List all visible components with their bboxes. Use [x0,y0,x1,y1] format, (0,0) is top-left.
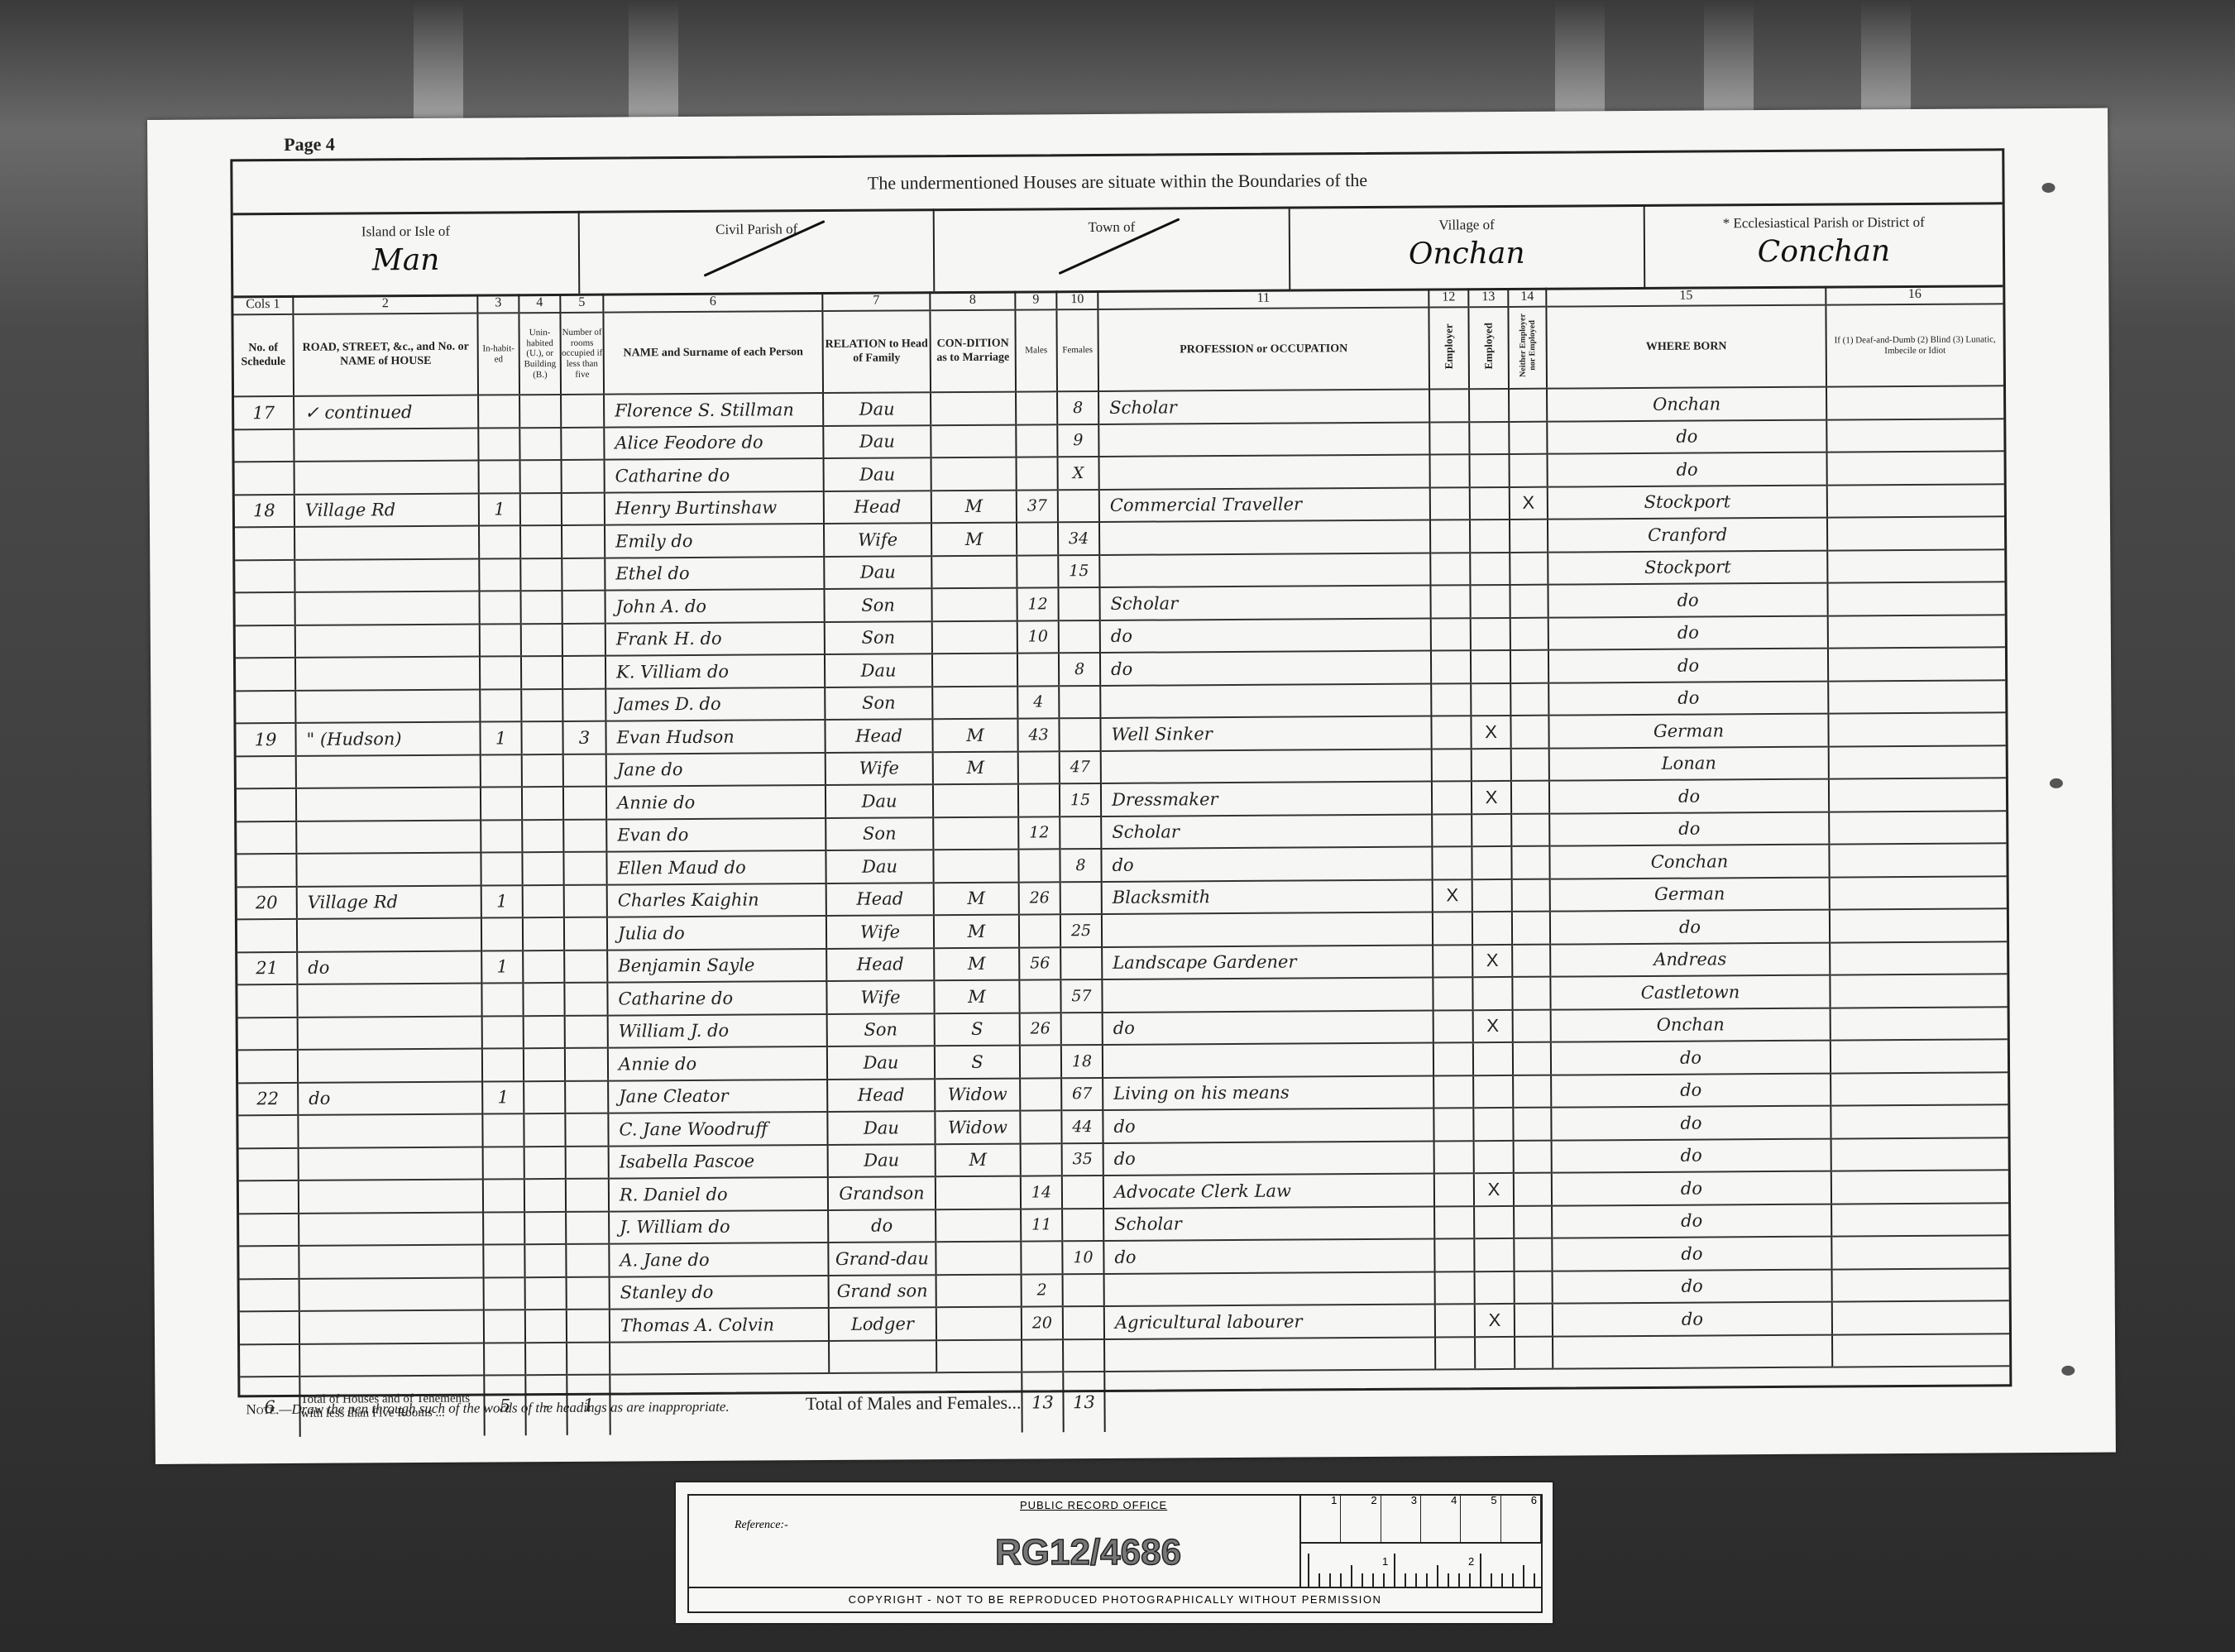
uninhabited-count [524,1244,566,1277]
schedule-number [240,1343,299,1377]
male-age: 43 [1017,718,1059,751]
scale-tick [1340,1573,1342,1587]
relation: Grand-dau [828,1242,936,1275]
scale-tick [1308,1554,1309,1587]
rooms-count [564,917,607,950]
uninhabited-count [524,1147,566,1180]
inhabited-count [483,1147,524,1180]
employer-mark [1433,1108,1473,1141]
location-label: Town of [935,218,1288,237]
marital-condition: Widow [935,1111,1020,1144]
male-age: 4 [1017,686,1059,719]
employed-mark [1474,1141,1514,1174]
relation: Son [824,588,931,621]
female-age: 15 [1058,555,1099,588]
infirmity [1827,484,2004,518]
column-number: 3 [477,294,519,313]
inhabited-count [484,1277,525,1310]
relation: Head [827,1079,935,1112]
neither-mark [1515,1304,1553,1337]
heading-rooms: Number of rooms occupied if less than fi… [560,313,604,395]
person-name: Benjamin Sayle [607,949,826,983]
occupation: do [1103,1239,1434,1274]
employed-mark: X [1473,1010,1513,1043]
marital-condition: M [934,980,1019,1013]
relation: Lodger [829,1307,936,1340]
female-age: 57 [1060,979,1102,1013]
uninhabited-count [524,1016,565,1049]
relation: Son [825,621,932,654]
infirmity [1830,941,2007,975]
road-name [296,853,481,887]
male-age [1016,424,1057,457]
schedule-number [235,527,294,560]
birthplace: do [1552,1171,1831,1206]
total-females: 13 [1063,1372,1104,1432]
employer-mark [1431,650,1471,683]
relation: Dau [823,425,931,458]
relation: Wife [826,980,934,1013]
schedule-number [238,1050,298,1083]
birthplace: do [1550,910,1830,945]
marital-condition [932,686,1017,719]
person-name: Evan Hudson [605,720,825,754]
occupation [1099,520,1430,555]
female-age: 44 [1061,1110,1103,1143]
person-name: Annie do [608,1046,827,1080]
rooms-count [562,460,605,493]
employed-mark [1470,585,1510,618]
marital-condition [931,424,1016,457]
road-name: do [297,950,481,984]
road-name [296,788,481,821]
uninhabited-count [524,1113,565,1147]
road-name [298,1114,482,1148]
uninhabited-count [524,1081,565,1114]
schedule-number: 20 [237,887,297,920]
column-number: 13 [1468,288,1508,307]
schedule-number [239,1148,299,1181]
person-name: J. William do [609,1210,828,1244]
female-age [1062,1176,1103,1209]
inhabited-count [482,1113,524,1147]
female-age: 10 [1062,1241,1103,1274]
scale-tick [1448,1573,1449,1587]
neither-mark [1510,520,1548,553]
schedule-number: 17 [234,396,294,429]
neither-mark [1510,682,1548,716]
female-age: 47 [1060,751,1101,784]
birthplace: Andreas [1550,942,1830,977]
employed-mark [1470,487,1510,520]
employer-mark [1433,945,1472,978]
road-name [295,624,480,658]
female-age [1062,1209,1103,1242]
uninhabited-count [523,917,564,950]
employed-mark [1475,1271,1515,1305]
marital-condition [933,850,1018,883]
female-age [1059,718,1100,751]
heading-uninhabited: Unin-habited (U.), or Building (B.) [519,313,561,395]
location-label: Island or Isle of [233,223,578,242]
neither-mark [1511,781,1549,814]
neither-mark [1509,389,1547,422]
rooms-count [565,1015,608,1048]
uninhabited-count [520,525,562,558]
schedule-number: 21 [237,952,297,985]
person-name: R. Daniel do [609,1177,828,1211]
location-row: Island or Isle ofManCivil Parish ofTown … [233,202,2003,298]
female-age: 67 [1061,1078,1103,1111]
birthplace: do [1552,1204,1831,1238]
neither-mark [1513,1009,1551,1042]
rooms-count [562,492,605,525]
employed-mark [1472,749,1511,782]
schedule-number [239,1246,299,1279]
employer-mark [1431,683,1471,716]
employed-mark [1475,1337,1515,1370]
infirmity [1829,843,2006,877]
occupation [1100,683,1431,718]
road-name [297,918,481,952]
office-name: PUBLIC RECORD OFFICE [1020,1499,1167,1511]
scale-cm-label: 6 [1501,1494,1541,1542]
road-name [294,526,479,560]
female-age [1063,1274,1104,1307]
schedule-number [237,788,296,821]
scale-tick [1372,1573,1374,1587]
female-age [1060,882,1102,915]
rooms-count [564,983,607,1016]
birthplace: Onchan [1551,1008,1831,1042]
road-name [299,1147,483,1180]
person-name: C. Jane Woodruff [608,1112,827,1146]
birthplace: Stockport [1548,485,1827,520]
employer-mark [1433,977,1472,1010]
male-age: 20 [1022,1306,1063,1339]
birthplace: do [1548,583,1827,618]
schedule-number [237,854,296,887]
rooms-count [567,1342,610,1375]
female-age: 18 [1061,1045,1103,1078]
rooms-count [561,427,604,460]
road-name [298,1049,482,1083]
relation [829,1340,936,1373]
male-age [1020,1078,1061,1111]
inhabited-count [483,1212,524,1245]
birthplace: do [1547,453,1826,487]
road-name [296,754,481,788]
person-name: Ellen Maud do [606,850,826,884]
marital-condition: S [935,1046,1020,1079]
person-name: Thomas A. Colvin [610,1308,829,1342]
uninhabited-count [523,983,564,1016]
employer-mark [1432,781,1472,814]
inhabited-count [484,1343,525,1376]
female-age: 15 [1060,783,1101,816]
inhabited-count: 1 [482,1081,524,1114]
schedule-number: 19 [236,723,295,756]
male-age [1020,1110,1061,1143]
male-age [1021,1143,1062,1176]
inhabited-count [483,1179,524,1212]
male-age [1017,555,1058,588]
schedule-number [237,984,297,1018]
neither-mark [1513,1042,1551,1075]
column-number: 5 [560,294,603,313]
rooms-count [562,623,605,656]
punch-hole [2050,778,2063,788]
employer-mark [1435,1271,1475,1305]
location-field: Town of [935,207,1290,292]
neither-mark [1515,1336,1553,1369]
rooms-count [562,558,605,591]
person-name: William J. do [608,1014,827,1048]
infirmity [1831,1104,2008,1138]
neither-mark [1510,650,1548,683]
male-age: 12 [1017,587,1058,620]
heading-occupation: PROFESSION or OCCUPATION [1098,308,1429,392]
location-value [580,240,933,242]
neither-mark [1513,1108,1551,1141]
occupation: Landscape Gardener [1102,945,1433,979]
marital-condition: M [936,1143,1021,1176]
uninhabited-count [521,624,562,657]
employed-mark [1473,1108,1513,1141]
location-label: * Ecclesiastical Parish or District of [1645,213,2003,232]
road-name [294,461,479,495]
road-name [294,591,479,625]
rooms-count [563,819,606,852]
employed-mark [1472,977,1512,1010]
person-name: Evan do [606,818,826,852]
rooms-count [561,395,604,428]
rooms-count [566,1146,609,1179]
scale-tick [1480,1554,1481,1587]
female-age: 25 [1060,914,1102,947]
person-name: Julia do [607,916,826,950]
female-age: X [1058,457,1099,490]
female-age [1058,587,1099,620]
relation: Grandson [828,1176,936,1209]
heading-schedule: No. of Schedule [233,314,294,397]
rooms-count [566,1211,609,1244]
heading-name: NAME and Surname of each Person [603,311,823,395]
infirmity [1828,712,2005,746]
neither-mark [1512,977,1550,1010]
inhabited-count [482,1048,524,1081]
employer-mark [1432,814,1472,847]
occupation: Scholar [1098,390,1429,424]
occupation: Blacksmith [1102,879,1433,914]
marital-condition [936,1307,1022,1340]
uninhabited-count [521,656,562,689]
reference-code: RG12/4686 [995,1532,1181,1573]
copyright-notice: COPYRIGHT - NOT TO BE REPRODUCED PHOTOGR… [689,1587,1541,1611]
scale-tick [1469,1573,1471,1587]
relation: Dau [827,1046,935,1079]
female-age [1059,620,1100,654]
male-age [1018,751,1060,784]
employed-mark [1471,618,1510,651]
census-page: Page 4 The undermentioned Houses are sit… [147,108,2116,1464]
form-note: Note.—Draw the pen through such of the w… [246,1399,729,1419]
column-heading-row: No. of Schedule ROAD, STREET, &c., and N… [233,304,2003,396]
infirmity [1832,1334,2009,1367]
male-age [1018,783,1060,816]
marital-condition: S [935,1013,1020,1046]
neither-mark [1511,813,1549,846]
relation: Grand son [829,1275,936,1308]
employer-mark [1430,585,1470,618]
schedule-number [240,1311,299,1344]
relation: Dau [828,1144,936,1177]
heading-employed: Employed [1468,307,1509,389]
employer-mark [1433,1042,1473,1075]
employed-mark: X [1474,1173,1514,1206]
inhabited-count [479,460,520,493]
birthplace: do [1551,1106,1831,1141]
birthplace: do [1549,779,1829,814]
employer-mark [1430,454,1470,487]
male-age: 26 [1019,882,1060,915]
road-name [296,820,481,854]
road-name [295,657,480,691]
birthplace: do [1553,1302,1832,1337]
birthplace: do [1552,1138,1831,1173]
occupation: do [1103,1141,1434,1176]
neither-mark [1514,1238,1552,1271]
infirmity [1832,1300,2009,1334]
rooms-count [564,950,607,983]
employed-mark [1471,683,1510,716]
female-age [1060,816,1101,850]
column-number: 9 [1015,290,1056,309]
birthplace: German [1548,714,1828,749]
infirmity [1827,549,2004,583]
census-form: The undermentioned Houses are situate wi… [230,148,2012,1397]
schedule-number [238,1115,298,1148]
female-age [1059,686,1100,719]
relation: Son [825,687,932,720]
relation: Wife [824,523,931,556]
road-name [294,558,479,592]
occupation: do [1103,1109,1433,1143]
rooms-count [563,852,606,885]
rooms-count [567,1310,610,1343]
uninhabited-count [521,721,562,754]
male-age [1019,914,1060,947]
neither-mark [1513,1075,1551,1108]
person-name: Jane Cleator [608,1080,827,1113]
employer-mark [1430,553,1470,586]
marital-condition: M [931,523,1017,556]
location-field: Village ofOnchan [1290,204,1645,290]
employed-mark [1472,846,1511,879]
rooms-count [562,688,605,721]
page-number: Page 4 [284,134,335,156]
rooms-count [562,591,605,624]
birthplace: do [1552,1237,1831,1271]
inhabited-count [479,525,520,558]
location-field: * Ecclesiastical Parish or District ofCo… [1644,202,2003,287]
birthplace: do [1548,649,1828,683]
schedule-number [239,1180,299,1214]
marital-condition [936,1209,1021,1242]
marital-condition [931,392,1016,425]
marital-condition: M [934,915,1019,948]
scale-tick [1534,1573,1535,1587]
male-age [1016,391,1057,424]
infirmity [1831,1007,2008,1041]
uninhabited-count [520,591,562,624]
schedule-number [235,462,294,495]
relation: Head [825,719,932,752]
uninhabited-count [523,950,564,984]
schedule-number [238,1018,298,1051]
birthplace: Castletown [1550,975,1830,1010]
heading-infirmity: If (1) Deaf-and-Dumb (2) Blind (3) Lunat… [1826,304,2003,386]
scale-tick [1394,1554,1395,1587]
heading-age-females: Females [1056,309,1098,391]
neither-mark [1514,1205,1552,1238]
uninhabited-count [519,395,561,428]
heading-age-males: Males [1015,309,1057,391]
employer-mark [1432,749,1472,782]
road-name [299,1277,484,1311]
relation: Dau [823,392,931,425]
scale-tick [1501,1573,1503,1587]
infirmity [1829,778,2006,812]
location-value [935,238,1288,241]
scale-tick [1329,1573,1331,1587]
schedule-number [237,821,296,855]
employed-mark [1471,650,1510,683]
infirmity [1829,745,2006,779]
neither-mark [1510,617,1548,650]
column-number: 15 [1546,286,1826,307]
column-number: 8 [930,291,1015,311]
female-age: 35 [1062,1143,1103,1176]
employer-mark [1434,1141,1474,1174]
occupation [1104,1271,1435,1306]
neither-mark: X [1510,486,1548,520]
punch-hole [2042,183,2056,193]
road-name [295,689,480,723]
employer-mark [1429,422,1469,455]
uninhabited-count [523,885,564,918]
infirmity [1830,876,2007,910]
uninhabited-count [524,1212,566,1245]
occupation: do [1101,847,1432,882]
marital-condition: M [934,882,1019,915]
column-number: Cols 1 [233,295,293,314]
infirmity [1826,451,2003,485]
column-number: 10 [1056,290,1098,309]
female-age: 9 [1057,424,1098,457]
relation: Wife [826,915,934,948]
uninhabited-count [525,1343,567,1376]
census-table: Cols 12345678910111213141516 No. of Sche… [233,285,2009,1437]
column-number: 12 [1429,288,1468,307]
infirmity [1828,647,2005,681]
road-name: ✓ continued [294,395,478,429]
inhabited-count [481,820,522,853]
scale-tick [1426,1573,1428,1587]
road-name: Village Rd [297,885,481,919]
male-age [1017,653,1059,686]
male-age [1017,457,1058,490]
